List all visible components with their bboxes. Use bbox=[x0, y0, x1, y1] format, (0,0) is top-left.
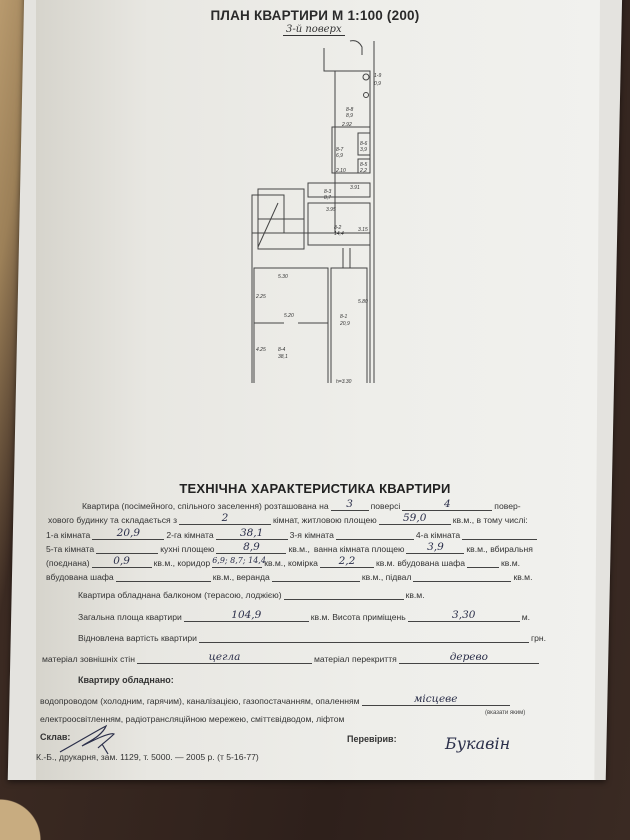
label-balcony: Квартира обладнана балконом (терасою, ло… bbox=[76, 590, 284, 600]
field-veranda[interactable] bbox=[272, 569, 360, 582]
label-balcony-unit: кв.м. bbox=[404, 590, 427, 600]
tech-form: Квартира (посімейного, спільного заселен… bbox=[0, 0, 630, 840]
field-room-1[interactable]: 20,9 bbox=[92, 527, 164, 540]
field-heating[interactable]: місцеве bbox=[362, 693, 510, 706]
field-closet-2[interactable] bbox=[116, 569, 211, 582]
label-bathroom: ванна кімната площею bbox=[312, 544, 407, 554]
label-value-unit: грн. bbox=[529, 633, 548, 643]
label-living-area-suffix: кв.м., в тому числі: bbox=[451, 515, 530, 525]
field-toilet[interactable]: 0,9 bbox=[92, 555, 152, 568]
label-kitchen-unit: кв.м., bbox=[286, 544, 311, 554]
label-basement-unit: кв.м. bbox=[511, 572, 534, 582]
field-ceiling[interactable]: дерево bbox=[399, 651, 539, 664]
field-living-area[interactable]: 59,0 bbox=[379, 512, 451, 525]
hint-heating: (вказати яким) bbox=[485, 710, 525, 716]
label-floor-suffix: поверсі bbox=[369, 501, 403, 511]
label-utilities: водопроводом (холодним, гарячим), каналі… bbox=[38, 696, 362, 706]
field-storage[interactable]: 2,2 bbox=[320, 555, 374, 568]
field-room-2[interactable]: 38,1 bbox=[216, 527, 288, 540]
field-floors-total[interactable]: 4 bbox=[402, 498, 492, 511]
checked-signature: Букавін bbox=[445, 734, 510, 753]
field-total-area[interactable]: 104,9 bbox=[184, 609, 309, 622]
label-total-area: Загальна площа квартири bbox=[76, 612, 184, 622]
label-kitchen: кухні площею bbox=[158, 544, 216, 554]
label-floor-text: Квартира (посімейного, спільного заселен… bbox=[80, 501, 331, 511]
field-balcony[interactable] bbox=[284, 587, 404, 600]
label-closet: кв.м. вбудована шафа bbox=[374, 558, 467, 568]
label-toilet: кв.м., вбиральня bbox=[464, 544, 534, 554]
label-ceiling: матеріал перекриття bbox=[312, 654, 399, 664]
field-basement[interactable] bbox=[413, 569, 511, 582]
label-rooms-text: хового будинку та складається з bbox=[46, 515, 179, 525]
field-room-5[interactable] bbox=[96, 541, 158, 554]
field-kitchen[interactable]: 8,9 bbox=[216, 541, 286, 554]
field-walls[interactable]: цегла bbox=[137, 651, 312, 664]
field-closet[interactable] bbox=[467, 555, 499, 568]
label-room-3: 3-я кімната bbox=[288, 530, 336, 540]
field-corridor[interactable]: 6,9; 8,7; 14,4 bbox=[212, 555, 262, 568]
label-living-area: кімнат, житловою площею bbox=[271, 515, 379, 525]
field-floor[interactable]: 3 bbox=[331, 498, 369, 511]
field-value[interactable] bbox=[199, 630, 529, 643]
label-basement: кв.м., підвал bbox=[360, 572, 414, 582]
label-closet-unit: кв.м. bbox=[499, 558, 522, 568]
label-room-4: 4-а кімната bbox=[414, 530, 462, 540]
label-floors-suffix: повер- bbox=[492, 501, 522, 511]
label-storage: кв.м., комірка bbox=[262, 558, 320, 568]
label-room-5: 5-та кімната bbox=[44, 544, 96, 554]
label-height: кв.м. Висота приміщень bbox=[309, 612, 408, 622]
printer-line: К.-Б., друкарня, зам. 1129, т. 5000. — 2… bbox=[34, 752, 261, 762]
label-walls: матеріал зовнішніх стін bbox=[40, 654, 137, 664]
field-height[interactable]: 3,30 bbox=[408, 609, 520, 622]
label-checked: Перевірив: bbox=[345, 734, 399, 744]
label-corridor: кв.м., коридор bbox=[152, 558, 213, 568]
field-bathroom[interactable]: 3,9 bbox=[406, 541, 464, 554]
field-room-3[interactable] bbox=[336, 527, 414, 540]
label-veranda: кв.м., веранда bbox=[211, 572, 272, 582]
label-room-1: 1-а кімната bbox=[44, 530, 92, 540]
label-value: Відновлена вартість квартири bbox=[76, 633, 199, 643]
label-height-unit: м. bbox=[520, 612, 532, 622]
equipped-title: Квартиру обладнано: bbox=[76, 675, 176, 685]
field-rooms[interactable]: 2 bbox=[179, 512, 271, 525]
field-room-4[interactable] bbox=[462, 527, 537, 540]
label-room-2: 2-га кімната bbox=[164, 530, 215, 540]
label-combined: (поєднана) bbox=[44, 558, 92, 568]
label-closet-2: вбудована шафа bbox=[44, 572, 116, 582]
